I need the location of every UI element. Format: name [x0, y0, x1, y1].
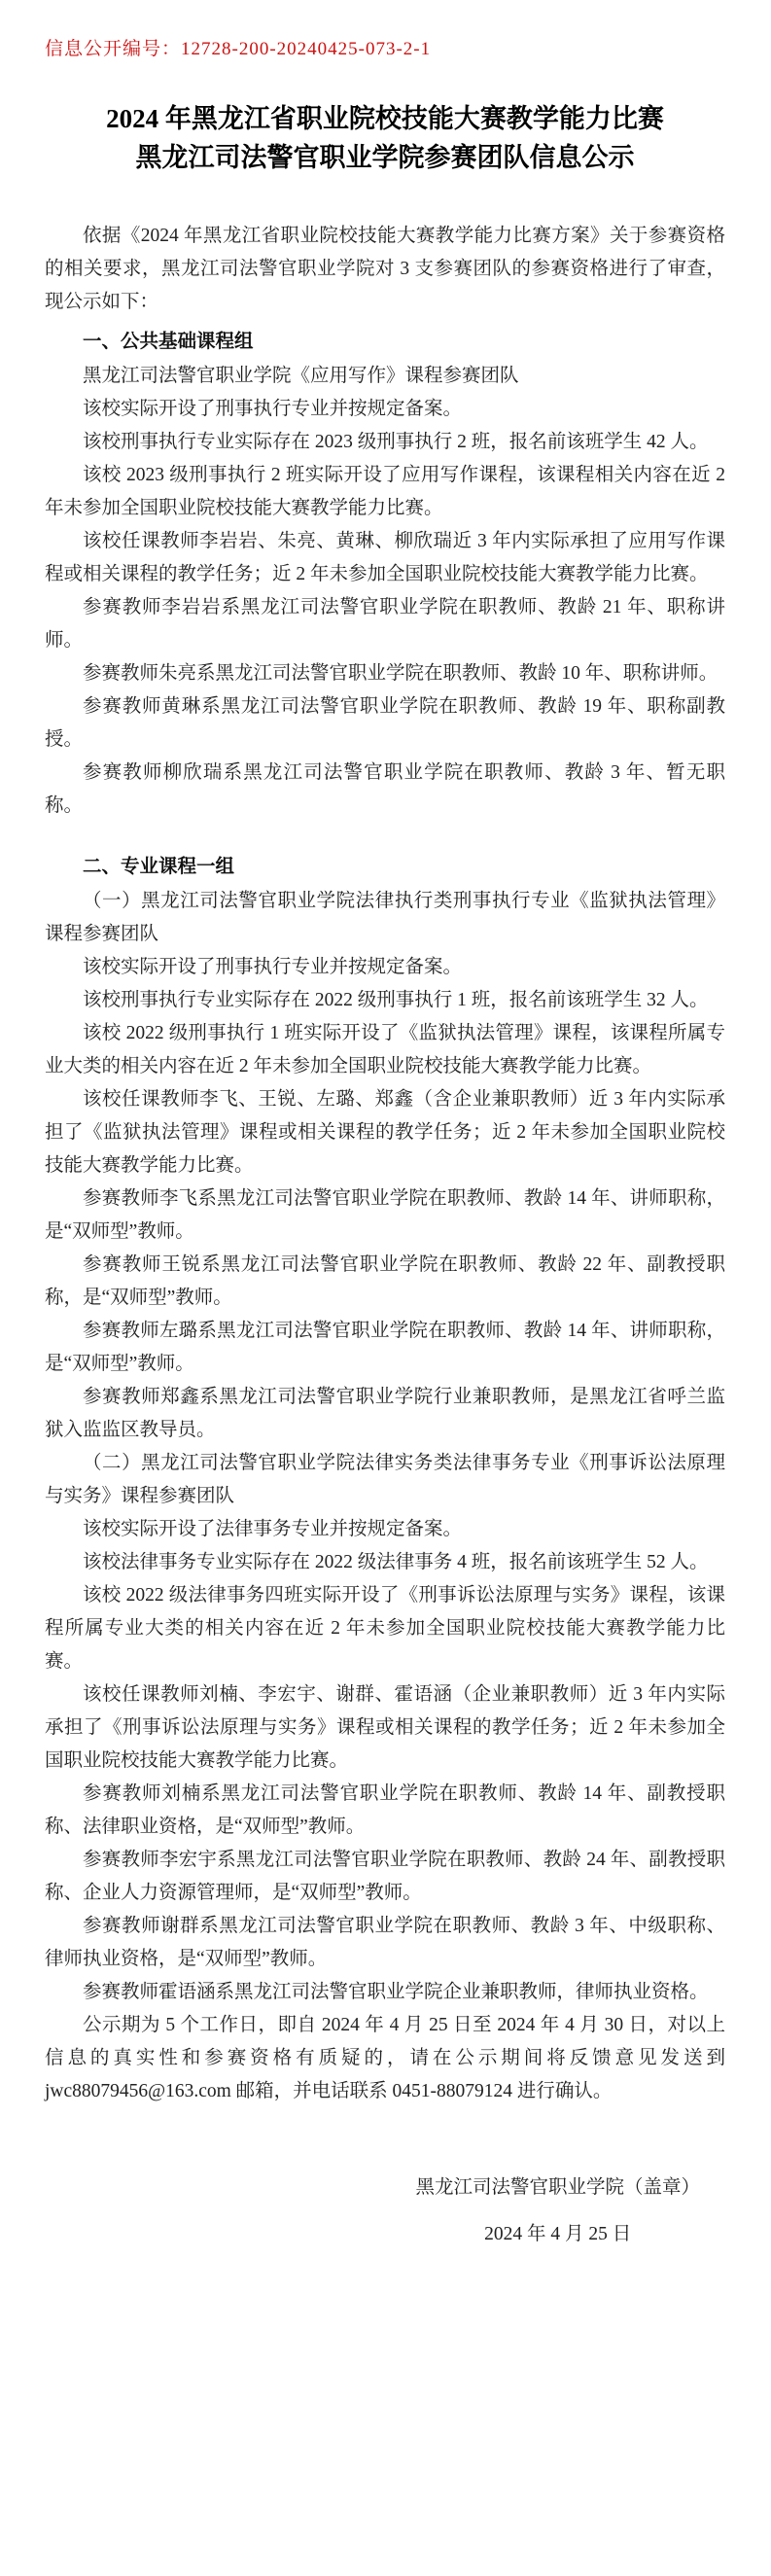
paragraph: 依据《2024 年黑龙江省职业院校技能大赛教学能力比赛方案》关于参赛资格的相关要… — [45, 220, 725, 319]
section-heading: 二、专业课程一组 — [45, 850, 725, 883]
signature-inner: 黑龙江司法警官职业学院（盖章） 2024 年 4 月 25 日 — [415, 2165, 700, 2258]
paragraph: 该校刑事执行专业实际存在 2022 级刑事执行 1 班，报名前该班学生 32 人… — [45, 984, 725, 1017]
section-heading: 一、公共基础课程组 — [45, 325, 725, 358]
doc-number: 信息公开编号：12728-200-20240425-073-2-1 — [45, 37, 725, 62]
paragraph: 参赛教师柳欣瑞系黑龙江司法警官职业学院在职教师、教龄 3 年、暂无职称。 — [45, 757, 725, 823]
paragraph: 参赛教师霍语涵系黑龙江司法警官职业学院企业兼职教师，律师执业资格。 — [45, 1976, 725, 2009]
paragraph: 该校 2022 级法律事务四班实际开设了《刑事诉讼法原理与实务》课程，该课程所属… — [45, 1579, 725, 1678]
paragraph: 该校 2023 级刑事执行 2 班实际开设了应用写作课程，该课程相关内容在近 2… — [45, 459, 725, 525]
paragraph: （二）黑龙江司法警官职业学院法律实务类法律事务专业《刑事诉讼法原理与实务》课程参… — [45, 1447, 725, 1513]
paragraph: 参赛教师左璐系黑龙江司法警官职业学院在职教师、教龄 14 年、讲师职称，是“双师… — [45, 1315, 725, 1381]
paragraph: 该校任课教师李飞、王锐、左璐、郑鑫（含企业兼职教师）近 3 年内实际承担了《监狱… — [45, 1083, 725, 1182]
paragraph: 参赛教师李宏宇系黑龙江司法警官职业学院在职教师、教龄 24 年、副教授职称、企业… — [45, 1844, 725, 1910]
paragraph: 参赛教师王锐系黑龙江司法警官职业学院在职教师、教龄 22 年、副教授职称，是“双… — [45, 1249, 725, 1315]
paragraph: 该校刑事执行专业实际存在 2023 级刑事执行 2 班，报名前该班学生 42 人… — [45, 426, 725, 459]
paragraph: 该校 2022 级刑事执行 1 班实际开设了《监狱执法管理》课程，该课程所属专业… — [45, 1017, 725, 1083]
document-body: 依据《2024 年黑龙江省职业院校技能大赛教学能力比赛方案》关于参赛资格的相关要… — [45, 220, 725, 2108]
paragraph: 该校任课教师刘楠、李宏宇、谢群、霍语涵（企业兼职教师）近 3 年内实际承担了《刑… — [45, 1678, 725, 1778]
paragraph: 参赛教师黄琳系黑龙江司法警官职业学院在职教师、教龄 19 年、职称副教授。 — [45, 690, 725, 757]
signature-block: 黑龙江司法警官职业学院（盖章） 2024 年 4 月 25 日 — [45, 2165, 725, 2258]
signature-org: 黑龙江司法警官职业学院（盖章） — [415, 2165, 700, 2211]
paragraph: 参赛教师李岩岩系黑龙江司法警官职业学院在职教师、教龄 21 年、职称讲师。 — [45, 591, 725, 657]
paragraph: 参赛教师朱亮系黑龙江司法警官职业学院在职教师、教龄 10 年、职称讲师。 — [45, 657, 725, 690]
page-title: 2024 年黑龙江省职业院校技能大赛教学能力比赛 黑龙江司法警官职业学院参赛团队… — [45, 99, 725, 177]
paragraph: （一）黑龙江司法警官职业学院法律执行类刑事执行专业《监狱执法管理》课程参赛团队 — [45, 885, 725, 951]
paragraph: 该校实际开设了刑事执行专业并按规定备案。 — [45, 951, 725, 984]
paragraph: 该校任课教师李岩岩、朱亮、黄琳、柳欣瑞近 3 年内实际承担了应用写作课程或相关课… — [45, 525, 725, 591]
paragraph: 该校实际开设了刑事执行专业并按规定备案。 — [45, 393, 725, 426]
paragraph: 参赛教师谢群系黑龙江司法警官职业学院在职教师、教龄 3 年、中级职称、律师执业资… — [45, 1910, 725, 1976]
paragraph: 黑龙江司法警官职业学院《应用写作》课程参赛团队 — [45, 360, 725, 393]
paragraph: 该校实际开设了法律事务专业并按规定备案。 — [45, 1513, 725, 1546]
paragraph: 该校法律事务专业实际存在 2022 级法律事务 4 班，报名前该班学生 52 人… — [45, 1546, 725, 1579]
signature-date: 2024 年 4 月 25 日 — [415, 2211, 700, 2258]
page-title-line2: 黑龙江司法警官职业学院参赛团队信息公示 — [136, 143, 635, 172]
paragraph: 参赛教师刘楠系黑龙江司法警官职业学院在职教师、教龄 14 年、副教授职称、法律职… — [45, 1778, 725, 1844]
paragraph: 参赛教师郑鑫系黑龙江司法警官职业学院行业兼职教师，是黑龙江省呼兰监狱入监监区教导… — [45, 1381, 725, 1447]
paragraph: 公示期为 5 个工作日，即自 2024 年 4 月 25 日至 2024 年 4… — [45, 2009, 725, 2108]
page-title-line1: 2024 年黑龙江省职业院校技能大赛教学能力比赛 — [106, 104, 664, 133]
paragraph: 参赛教师李飞系黑龙江司法警官职业学院在职教师、教龄 14 年、讲师职称，是“双师… — [45, 1182, 725, 1249]
document-page: 信息公开编号：12728-200-20240425-073-2-1 2024 年… — [0, 0, 771, 2576]
